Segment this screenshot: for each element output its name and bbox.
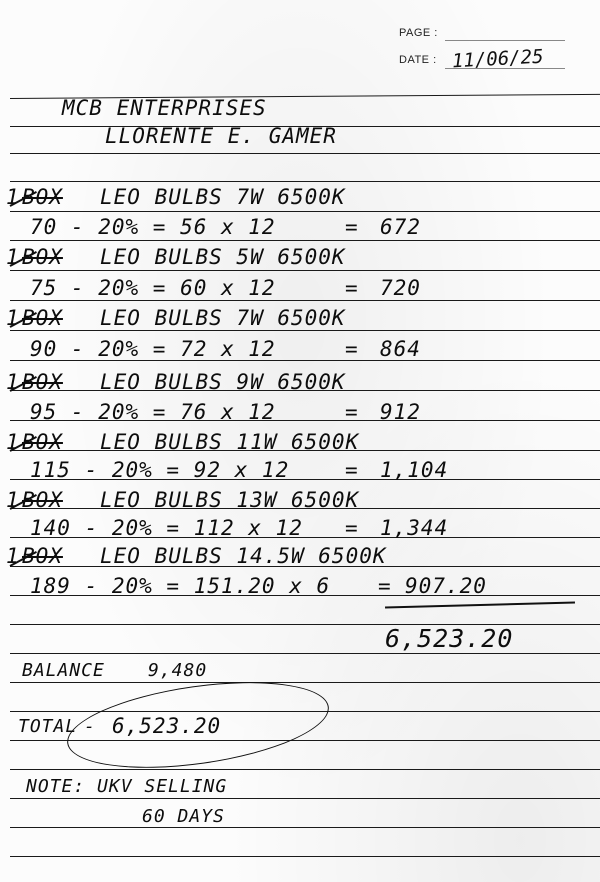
- item-total-equals: =: [345, 400, 359, 424]
- rule-line: [10, 300, 600, 301]
- company-name: MCB ENTERPRISES: [62, 96, 267, 120]
- item-total-equals: =: [345, 276, 359, 300]
- rule-line: [10, 240, 600, 241]
- rule-line: [10, 798, 600, 799]
- item-total-equals: =: [345, 215, 359, 239]
- rule-line: [10, 682, 600, 683]
- item-calculation: 95 - 20% = 76 x 12: [30, 400, 276, 424]
- item-total-equals: =: [345, 337, 359, 361]
- item-calculation: 189 - 20% = 151.20 x 6: [30, 574, 330, 598]
- sum-line: [385, 602, 575, 609]
- rule-line: [10, 330, 600, 331]
- rule-line: [10, 827, 600, 828]
- item-total: 720: [380, 276, 421, 300]
- notebook-page: PAGE : DATE : 11/06/25 MCB ENTERPRISES L…: [0, 0, 600, 882]
- grand-total: 6,523.20: [385, 624, 513, 653]
- item-unit: BOX: [22, 185, 63, 209]
- item-total-equals: =: [345, 458, 359, 482]
- item-total-equals: =: [378, 574, 392, 598]
- item-description: LEO BULBS 7W 6500K: [100, 306, 346, 330]
- balance-value: 9,480: [148, 660, 207, 681]
- item-qty: 1: [6, 544, 20, 568]
- item-qty: 1: [6, 306, 20, 330]
- item-calculation: 115 - 20% = 92 x 12: [30, 458, 289, 482]
- rule-line: [10, 856, 600, 857]
- item-total: 907.20: [405, 574, 487, 598]
- date-label: DATE :: [399, 54, 437, 66]
- balance-label: BALANCE: [22, 660, 105, 681]
- item-qty: 1: [6, 245, 20, 269]
- rule-line: [10, 270, 600, 271]
- item-unit: BOX: [22, 544, 63, 568]
- item-unit: BOX: [22, 245, 63, 269]
- page-line: [445, 40, 565, 41]
- item-total-equals: =: [345, 516, 359, 540]
- item-qty: 1: [6, 370, 20, 394]
- item-calculation: 90 - 20% = 72 x 12: [30, 337, 276, 361]
- item-total: 1,344: [380, 516, 448, 540]
- note-line-2: 60 DAYS: [142, 806, 225, 827]
- item-description: LEO BULBS 13W 6500K: [100, 488, 359, 512]
- item-total: 912: [380, 400, 421, 424]
- client-name: LLORENTE E. GAMER: [105, 124, 337, 148]
- rule-line: [10, 211, 600, 212]
- item-description: LEO BULBS 11W 6500K: [100, 430, 359, 454]
- item-unit: BOX: [22, 430, 63, 454]
- total-value: 6,523.20: [112, 714, 221, 738]
- rule-line: [10, 769, 600, 770]
- item-description: LEO BULBS 5W 6500K: [100, 245, 346, 269]
- item-unit: BOX: [22, 306, 63, 330]
- rule-line: [10, 153, 600, 154]
- item-description: LEO BULBS 7W 6500K: [100, 185, 346, 209]
- item-description: LEO BULBS 9W 6500K: [100, 370, 346, 394]
- item-total: 672: [380, 215, 421, 239]
- item-unit: BOX: [22, 488, 63, 512]
- note-line-1: NOTE: UKV SELLING: [26, 776, 227, 797]
- item-calculation: 70 - 20% = 56 x 12: [30, 215, 276, 239]
- item-calculation: 75 - 20% = 60 x 12: [30, 276, 276, 300]
- total-dash: -: [84, 716, 96, 737]
- item-total: 864: [380, 337, 421, 361]
- item-qty: 1: [6, 430, 20, 454]
- total-label: TOTAL: [18, 716, 77, 737]
- rule-line: [10, 653, 600, 654]
- item-calculation: 140 - 20% = 112 x 12: [30, 516, 303, 540]
- item-unit: BOX: [22, 370, 63, 394]
- page-label: PAGE :: [399, 27, 438, 39]
- item-qty: 1: [6, 185, 20, 209]
- item-description: LEO BULBS 14.5W 6500K: [100, 544, 387, 568]
- item-total: 1,104: [380, 458, 448, 482]
- rule-line: [10, 181, 600, 182]
- item-qty: 1: [6, 488, 20, 512]
